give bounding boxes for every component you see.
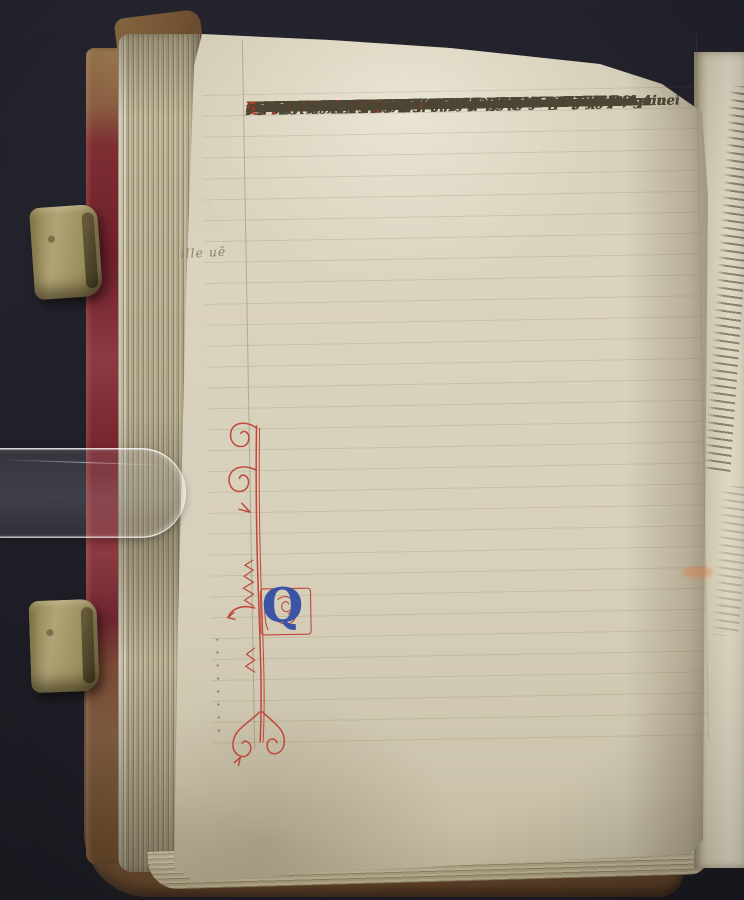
acrylic-page-weight: [0, 448, 186, 538]
lower-clasp-strap: [28, 599, 99, 693]
manuscript-photo: ille uē cellens eiū t valde acunabilis &…: [0, 0, 744, 900]
parchment-page: [150, 26, 716, 886]
upper-clasp-strap: [29, 204, 103, 301]
